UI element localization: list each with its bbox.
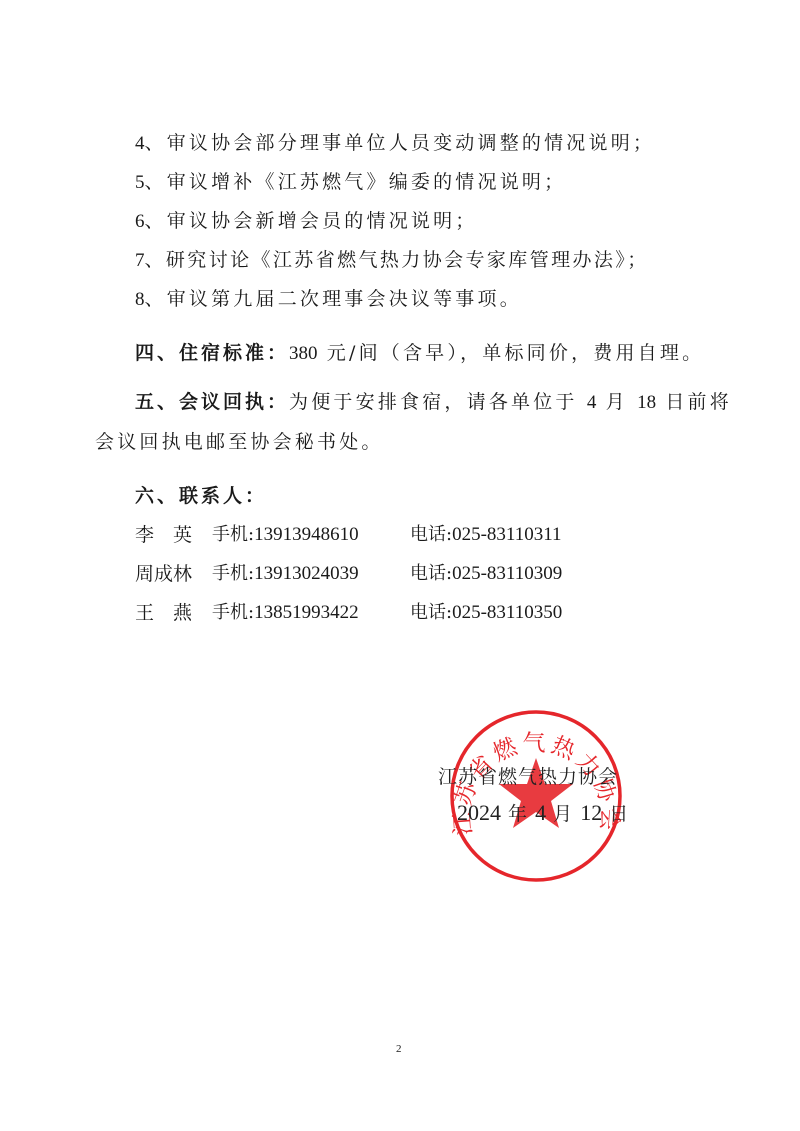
- phone-label: 电话:: [410, 602, 452, 623]
- contact-mobile: 手机:13851993422: [212, 601, 359, 625]
- signature-date: 2024 年 4 月 12 日: [457, 799, 629, 826]
- mobile-label: 手机:: [212, 563, 254, 584]
- day: 18: [637, 392, 656, 413]
- phone-number: 025-83110311: [452, 524, 561, 545]
- month-label: 月: [553, 803, 573, 825]
- item-number: 6: [135, 211, 145, 232]
- official-seal: 江苏省燃气热力协会: [448, 708, 624, 884]
- phone-number: 025-83110309: [452, 563, 562, 584]
- section-text: 为便于安排食宿，请各单位于: [289, 391, 578, 413]
- meeting-receipt-line2: 会议回执电邮至协会秘书处。: [95, 430, 384, 454]
- contact-name: 李 英: [135, 523, 192, 547]
- agenda-item-4: 4、审议协会部分理事单位人员变动调整的情况说明；: [135, 131, 655, 156]
- agenda-item-7: 7、研究讨论《江苏省燃气热力协会专家库管理办法》；: [135, 248, 649, 273]
- phone-label: 电话:: [410, 524, 452, 545]
- item-number: 7: [135, 250, 145, 271]
- contact-mobile: 手机:13913948610: [212, 523, 359, 547]
- section-heading: 五、会议回执：: [135, 391, 289, 413]
- item-number: 4: [135, 133, 145, 154]
- section-text: 日前将: [665, 391, 732, 413]
- day-label: 日: [609, 803, 629, 825]
- contacts-heading: 六、联系人：: [135, 484, 267, 508]
- organization-name: 江苏省燃气热力协会: [438, 766, 618, 788]
- month: 4: [587, 392, 597, 413]
- mobile-number: 13913024039: [254, 563, 359, 584]
- item-text: 、审议第九届二次理事会决议等事项。: [145, 288, 522, 310]
- price: 380: [289, 343, 318, 364]
- section-heading: 六、联系人：: [135, 485, 267, 507]
- mobile-number: 13913948610: [254, 524, 359, 545]
- accommodation-standard: 四、住宿标准：380 元/间（含早），单标同价，费用自理。: [135, 341, 704, 366]
- item-number: 8: [135, 289, 145, 310]
- phone-label: 电话:: [410, 563, 452, 584]
- item-text: 、研究讨论《江苏省燃气热力协会专家库管理办法》；: [145, 249, 649, 271]
- section-text: 元/间（含早），单标同价，费用自理。: [327, 342, 705, 364]
- contact-name: 王 燕: [135, 601, 192, 625]
- mobile-number: 13851993422: [254, 602, 359, 623]
- agenda-item-8: 8、审议第九届二次理事会决议等事项。: [135, 287, 522, 312]
- agenda-item-6: 6、审议协会新增会员的情况说明；: [135, 209, 478, 234]
- month: 4: [535, 800, 546, 825]
- day: 12: [580, 800, 602, 825]
- contact-name: 周成林: [135, 562, 192, 586]
- agenda-item-5: 5、审议增补《江苏燃气》编委的情况说明；: [135, 170, 566, 195]
- page-number: 2: [396, 1043, 402, 1055]
- mobile-label: 手机:: [212, 602, 254, 623]
- contact-phone: 电话:025-83110350: [410, 601, 562, 625]
- item-text: 、审议协会新增会员的情况说明；: [145, 210, 478, 232]
- signature-org: 江苏省燃气热力协会: [438, 762, 618, 789]
- contact-phone: 电话:025-83110311: [410, 523, 562, 547]
- item-text: 、审议增补《江苏燃气》编委的情况说明；: [145, 171, 567, 193]
- meeting-receipt: 五、会议回执：为便于安排食宿，请各单位于 4 月 18 日前将: [135, 390, 732, 415]
- month-label: 月: [606, 391, 628, 413]
- item-text: 、审议协会部分理事单位人员变动调整的情况说明；: [145, 132, 656, 154]
- section-text: 会议回执电邮至协会秘书处。: [95, 431, 384, 453]
- item-number: 5: [135, 172, 145, 193]
- year: 2024: [457, 800, 501, 825]
- mobile-label: 手机:: [212, 524, 254, 545]
- section-heading: 四、住宿标准：: [135, 342, 289, 364]
- phone-number: 025-83110350: [452, 602, 562, 623]
- contact-phone: 电话:025-83110309: [410, 562, 562, 586]
- contact-mobile: 手机:13913024039: [212, 562, 359, 586]
- year-label: 年: [508, 803, 528, 825]
